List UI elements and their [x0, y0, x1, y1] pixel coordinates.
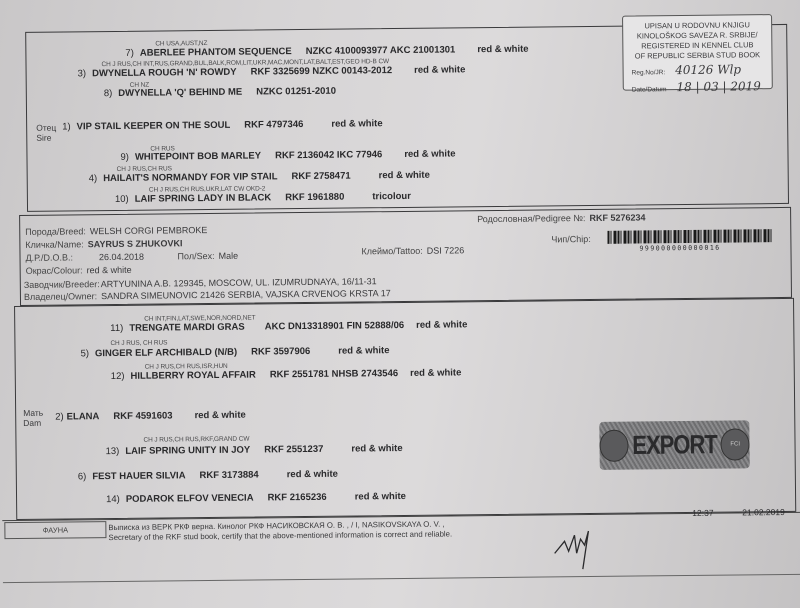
export-stamp-text: EXPORT: [632, 429, 717, 461]
tattoo-field: Клеймо/Tattoo:DSI 7226: [361, 245, 464, 256]
breed-field: Порода/Breed:WELSH CORGI PEMBROKE: [25, 225, 207, 237]
colour-value: red & white: [87, 265, 132, 275]
dam-label-ru: Мать: [23, 408, 43, 418]
dam-reg: RKF 4591603: [113, 410, 172, 422]
pedigree-certificate: UPISAN U RODOVNU KNJIGU KINOLOŠKOG SAVEZ…: [0, 0, 800, 608]
pedigree-label: Родословная/Pedigree №:: [477, 213, 585, 224]
stamp-date-value: 18 | 03 | 2019: [676, 79, 761, 94]
pedigree-field: Родословная/Pedigree №:RKF 5276234: [477, 212, 645, 224]
stamp-reg-value: 40126 Wlp: [675, 62, 741, 77]
ancestor-number: 4): [89, 173, 98, 184]
name-field: Кличка/Name:SAYRUS S ZHUKOVKI: [25, 238, 182, 250]
owner-label: Владелец/Owner:: [24, 291, 97, 302]
footer-org: ФАУНА: [4, 521, 106, 539]
ancestor-name: WHITEPOINT BOB MARLEY: [135, 150, 261, 162]
ancestor-number: 5): [80, 348, 89, 359]
ancestor-name: GINGER ELF ARCHIBALD (N/B): [95, 347, 237, 359]
colour-label: Окрас/Colour:: [26, 265, 83, 276]
ancestor-number: 13): [106, 446, 120, 457]
ancestor-titles: CH J RUS,CH RUS,RKF,GRAND CW: [143, 436, 249, 444]
ancestor-number: 7): [125, 48, 134, 59]
ancestor-reg: NZKC 4100093977 AKC 21001301: [306, 44, 456, 57]
sire-label: Отец Sire: [36, 123, 56, 143]
ancestor-color: red & white: [355, 491, 406, 503]
ancestor-name: ABERLEE PHANTOM SEQUENCE: [140, 46, 292, 59]
ancestor-number: 2): [55, 412, 64, 423]
colour-field: Окрас/Colour:red & white: [26, 265, 132, 276]
ancestor-number: 10): [115, 194, 129, 205]
ancestor-name: LAIF SPRING LADY IN BLACK: [135, 192, 272, 204]
chip-number: 999000000000016: [639, 244, 720, 253]
ancestor-color: red & white: [414, 64, 465, 76]
ancestor-color: red & white: [351, 443, 402, 455]
ancestor-color: red & white: [477, 44, 528, 56]
export-stamp: EXPORT FCI: [599, 420, 749, 470]
ancestor-number: 8): [104, 88, 113, 99]
print-time: 12:37: [692, 508, 713, 518]
dam-name: ELANA: [67, 411, 100, 422]
name-label: Кличка/Name:: [25, 239, 83, 250]
name-value: SAYRUS S ZHUKOVKI: [88, 238, 183, 249]
ancestor-color: red & white: [287, 469, 338, 481]
tattoo-label: Клеймо/Tattoo:: [361, 246, 422, 257]
ancestor-reg: RKF 2165236: [267, 492, 326, 504]
ancestor-reg: RKF 2551237: [264, 444, 323, 456]
ancestor-name: TRENGATE MARDI GRAS: [129, 322, 245, 334]
print-date: 21.02.2019: [742, 507, 785, 517]
ancestor-reg: RKF 2136042 IKC 77946: [275, 149, 382, 161]
footer-bottom-divider: [3, 574, 800, 583]
stamp-reg-label: Reg.No/JR:: [632, 69, 666, 76]
ancestor-reg: RKF 3173884: [199, 469, 258, 481]
dob-value: 26.04.2018: [99, 252, 144, 262]
dam-color: red & white: [194, 410, 245, 422]
dob-field: Д.Р./D.O.B.:26.04.2018: [25, 252, 144, 263]
sire-reg: RKF 4797346: [244, 119, 303, 131]
certification-text: Выписка из ВЕРК РКФ верна. Кинолог РКФ Н…: [108, 519, 468, 543]
ancestor-reg: AKC DN13318901 FIN 52888/06: [265, 320, 405, 332]
ancestor-number: 3): [78, 68, 87, 79]
sire-label-en: Sire: [36, 133, 56, 143]
ancestor-reg: RKF 3325699 NZKC 00143-2012: [251, 65, 393, 77]
ancestor-color: red & white: [338, 345, 389, 357]
ancestor-reg: RKF 2758471: [291, 171, 350, 183]
chip-field: Чип/Chip:: [551, 234, 591, 244]
sire-name: VIP STAIL KEEPER ON THE SOUL: [77, 120, 231, 133]
ancestor-number: 6): [78, 471, 87, 482]
ancestor-number: 9): [120, 152, 129, 163]
stamp-line: OF REPUBLIC SERBIA STUD BOOK: [623, 50, 771, 62]
breed-label: Порода/Breed:: [25, 226, 86, 237]
chip-label: Чип/Chip:: [551, 234, 591, 244]
signature: [550, 523, 621, 574]
ancestor-color: red & white: [404, 148, 455, 160]
ancestor-reg: RKF 3597906: [251, 346, 310, 358]
ancestor-color: tricolour: [372, 191, 411, 202]
sire-label-ru: Отец: [36, 123, 56, 133]
sex-value: Male: [219, 251, 239, 261]
ancestor-name: LAIF SPRING UNITY IN JOY: [125, 445, 250, 457]
sex-field: Пол/Sex:Male: [177, 251, 238, 262]
fci-seal-icon: FCI: [721, 428, 750, 460]
ancestor-titles: CH J RUS, CH RUS: [110, 339, 167, 347]
fci-badge: FCI: [730, 441, 740, 447]
registration-stamp: UPISAN U RODOVNU KNJIGU KINOLOŠKOG SAVEZ…: [622, 14, 773, 91]
ancestor-reg: RKF 1961880: [285, 192, 344, 204]
ancestor-color: red & white: [410, 367, 461, 379]
ancestor-number: 11): [110, 323, 123, 334]
ancestor-name: DWYNELLA 'Q' BEHIND ME: [118, 87, 242, 99]
ancestor-number: 1): [62, 121, 71, 132]
ancestor-number: 14): [106, 494, 120, 505]
pedigree-value: RKF 5276234: [589, 212, 645, 223]
seal-icon: [599, 430, 628, 462]
breed-value: WELSH CORGI PEMBROKE: [90, 225, 208, 236]
ancestor-name: DWYNELLA ROUGH 'N' ROWDY: [92, 67, 237, 80]
dob-label: Д.Р./D.O.B.:: [25, 252, 73, 262]
dam-label: Мать Dam: [23, 408, 43, 428]
ancestor-reg: NZKC 01251-2010: [256, 86, 336, 98]
ancestor-color: red & white: [416, 319, 467, 331]
breeder-label: Заводчик/Breeder:: [24, 279, 100, 290]
ancestor-name: HAILAIT'S NORMANDY FOR VIP STAIL: [103, 171, 277, 184]
sire-color: red & white: [331, 118, 382, 130]
ancestor-number: 12): [111, 371, 125, 382]
ancestor-name: HILLBERRY ROYAL AFFAIR: [130, 370, 255, 382]
chip-barcode: [607, 229, 772, 244]
sex-label: Пол/Sex:: [177, 251, 214, 261]
stamp-date-label: Date/Datum: [632, 86, 667, 93]
dam: 2)ELANARKF 4591603red & white: [55, 410, 246, 423]
dam-label-en: Dam: [23, 418, 43, 428]
ancestor-name: PODAROK ELFOV VENECIA: [126, 493, 254, 505]
tattoo-value: DSI 7226: [427, 245, 465, 255]
ancestor-name: FEST HAUER SILVIA: [92, 470, 185, 482]
ancestor-color: red & white: [379, 170, 430, 182]
ancestor-reg: RKF 2551781 NHSB 2743546: [270, 368, 398, 380]
